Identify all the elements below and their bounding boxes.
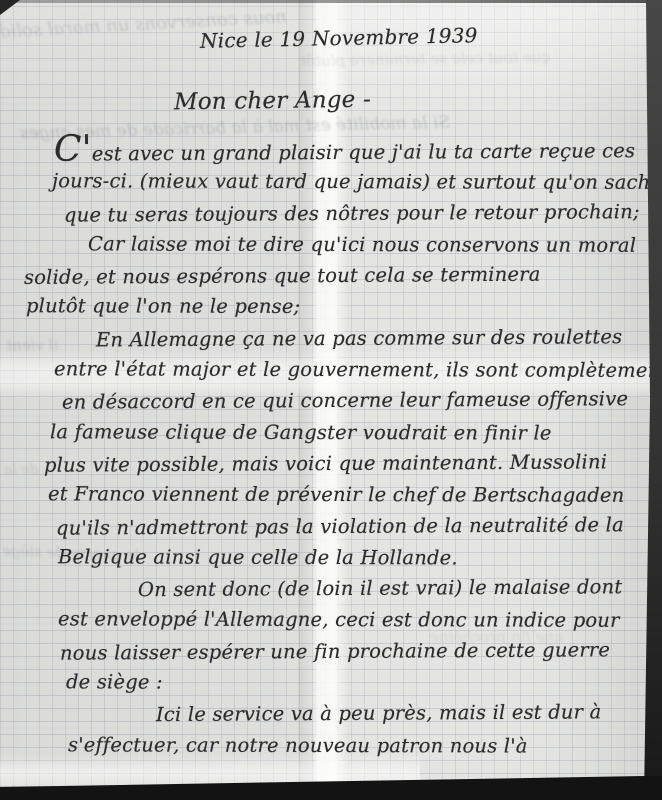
- letter-line: solide, et nous espérons que tout cela s…: [0, 262, 662, 297]
- letter-line: plutôt que l'on ne le pense;: [0, 295, 662, 328]
- letter-line: et Franco viennent de prévenir le chef d…: [0, 482, 662, 515]
- letter-line: Car laisse moi te dire qu'ici nous conse…: [0, 232, 662, 265]
- letter-line: nous laisser espérer une fin prochaine d…: [0, 638, 662, 673]
- letter-body: C'est avec un grand plaisir que j'ai lu …: [0, 139, 662, 765]
- letter-line: s'effectuer, car notre nouveau patron no…: [0, 733, 662, 766]
- letter-line: C'est avec un grand plaisir que j'ai lu …: [0, 137, 662, 172]
- letter-line: Ici le service va à peu près, mais il es…: [0, 700, 662, 735]
- letter-line: jours-ci. (mieux vaut tard que jamais) e…: [0, 169, 662, 202]
- letter-line: est enveloppé l'Allemagne, ceci est donc…: [0, 608, 662, 641]
- letter-line: en désaccord en ce qui concerne leur fam…: [0, 387, 662, 422]
- letter-line: que tu seras toujours des nôtres pour le…: [0, 200, 662, 235]
- letter-line: qu'ils n'admettront pas la violation de …: [0, 513, 662, 548]
- letter-line: de siège :: [0, 670, 662, 703]
- letter-line: plus vite possible, mais voici que maint…: [0, 450, 662, 485]
- letter-line: la fameuse clique de Gangster voudrait e…: [0, 420, 662, 453]
- letter-line: On sent donc (de loin il est vrai) le ma…: [0, 575, 662, 610]
- letter-line: Belgique ainsi que celle de la Hollande.: [0, 545, 662, 578]
- scanned-letter: nous conservons un moral solide que tout…: [0, 0, 662, 800]
- letter-line: En Allemagne ça ne va pas comme sur des …: [0, 325, 662, 360]
- letter-salutation: Mon cher Ange -: [174, 87, 371, 116]
- letter-line: entre l'état major et le gouvernement, i…: [0, 357, 662, 390]
